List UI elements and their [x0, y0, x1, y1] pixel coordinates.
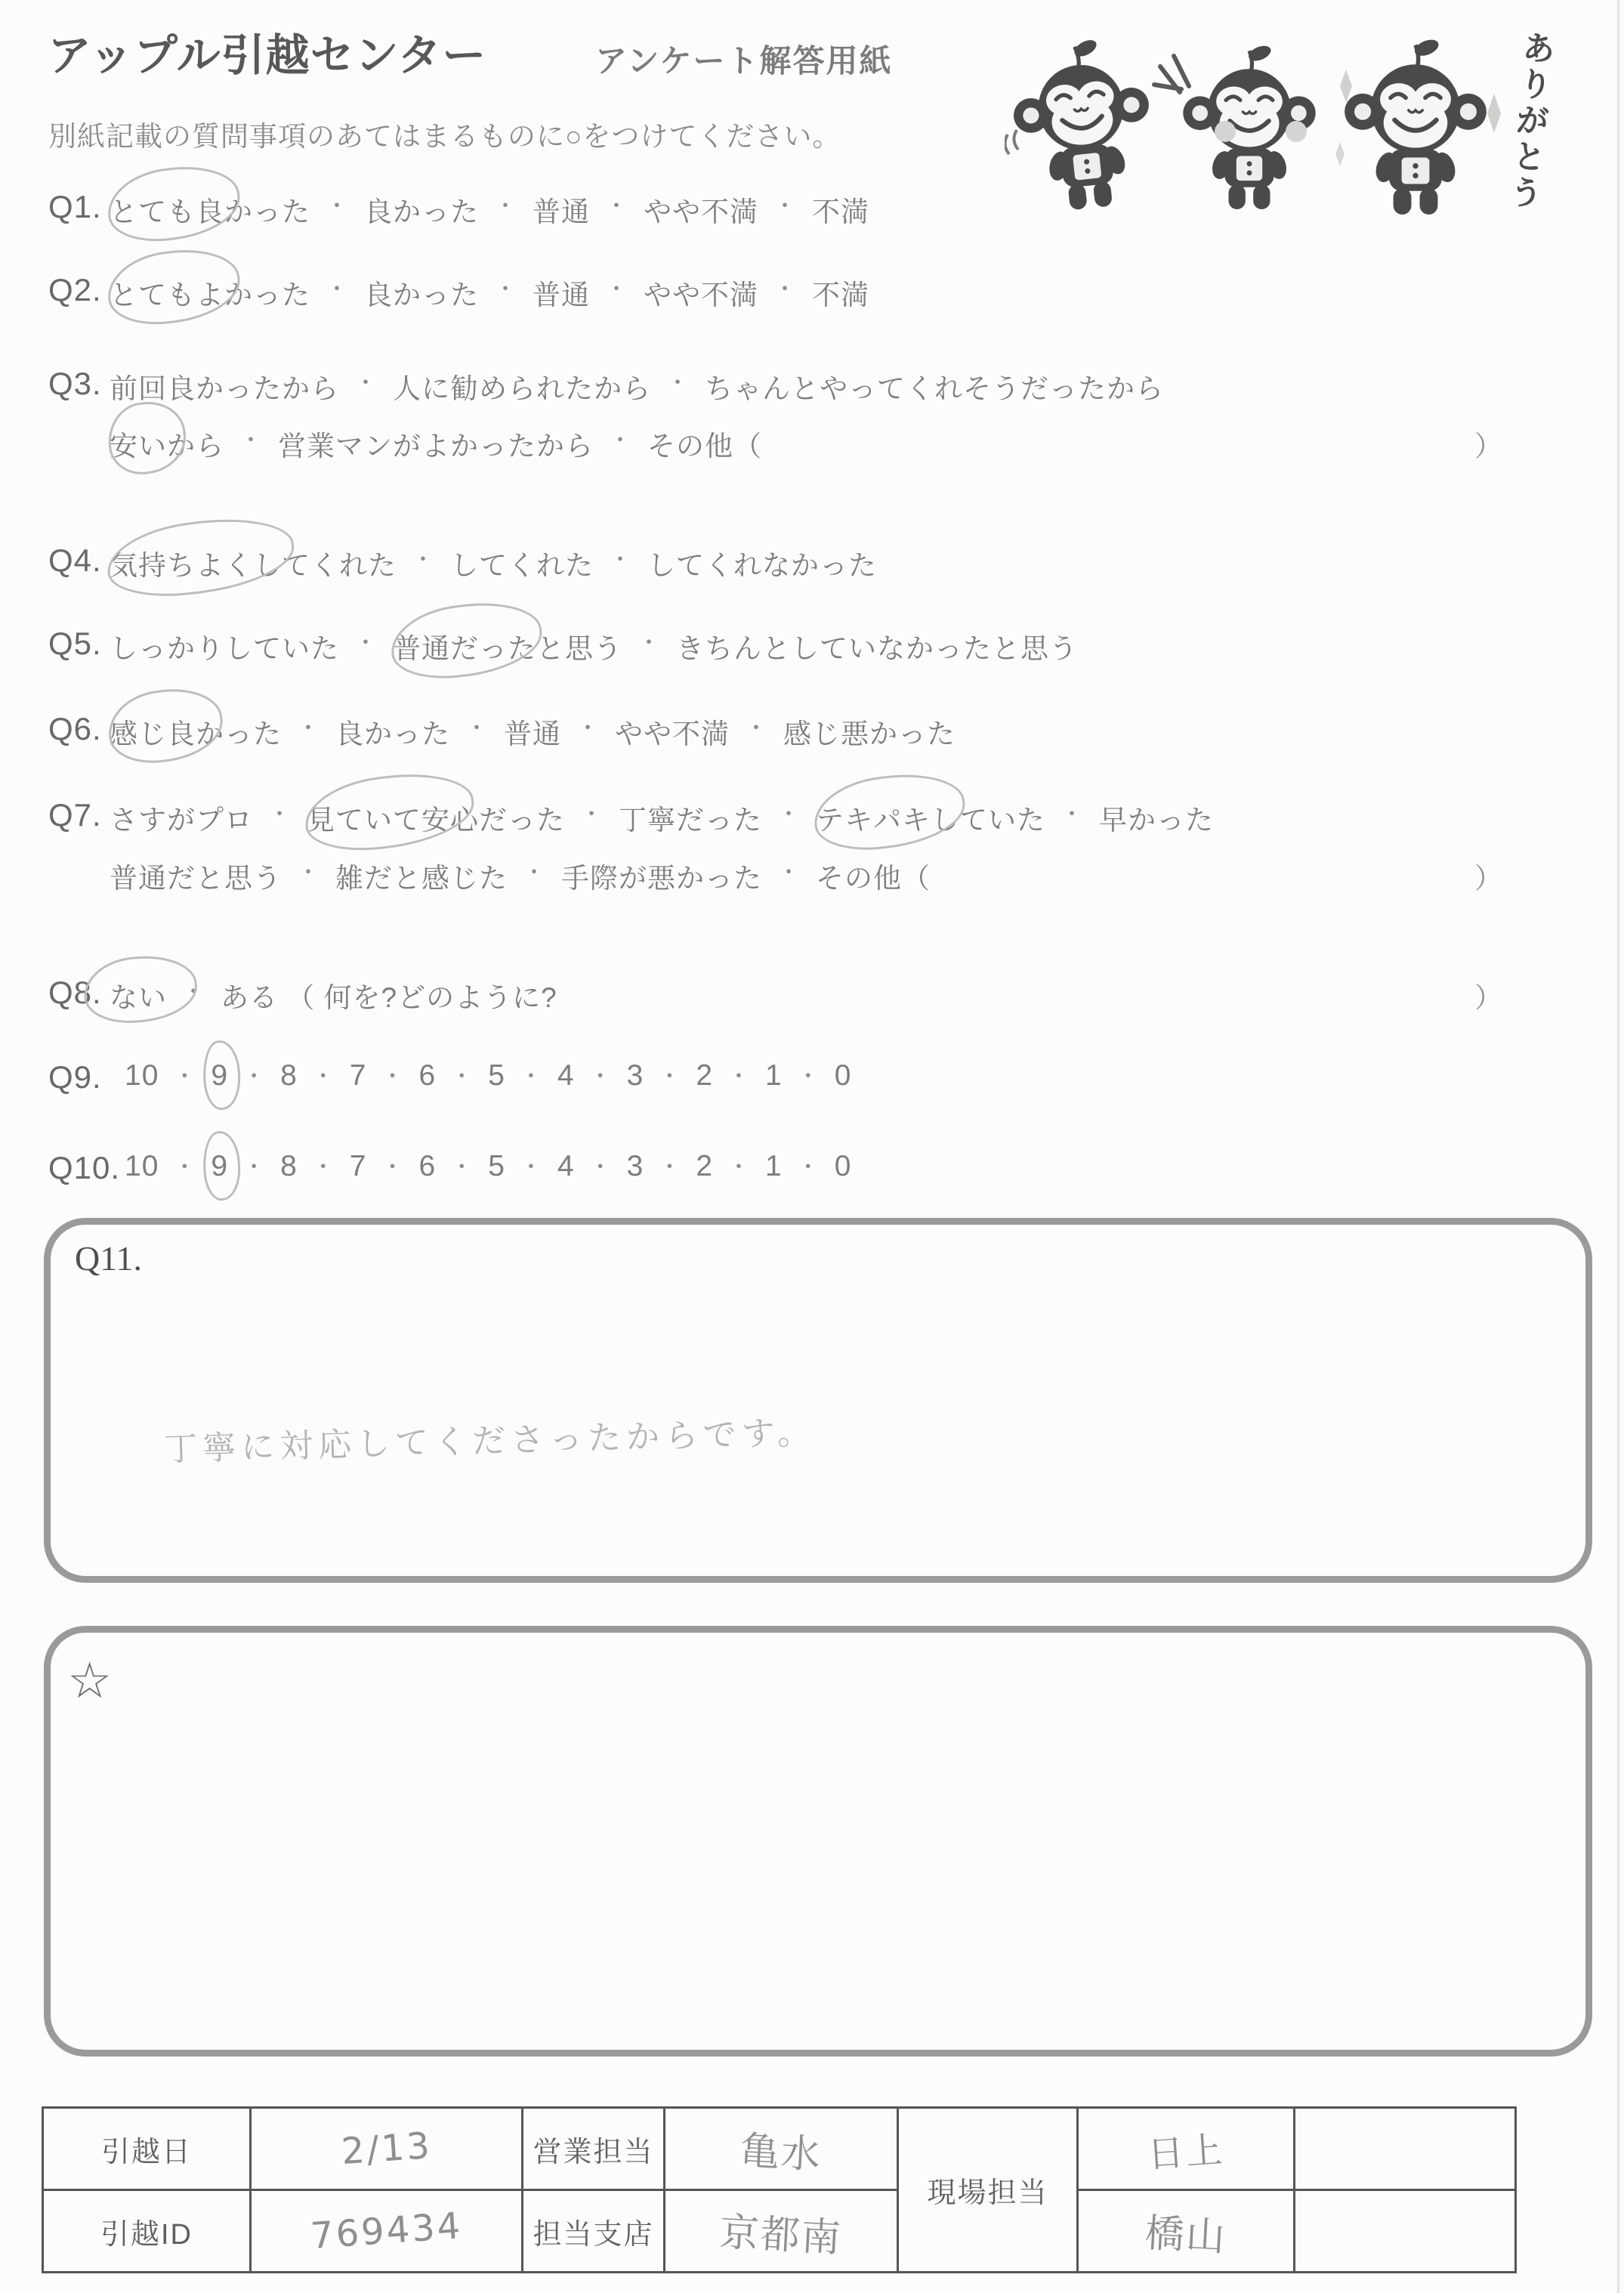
answer-option[interactable]: 人に勧められたから	[393, 366, 651, 406]
blush-left	[1215, 121, 1236, 142]
answer-row: しっかりしていた・普通だったと思う・きちんとしていなかったと思う	[110, 626, 1503, 666]
handwritten-circle	[301, 766, 478, 858]
handwritten-value: 769434	[309, 2205, 464, 2257]
branch-value[interactable]: 京都南	[665, 2190, 898, 2273]
question-number: Q7.	[48, 797, 102, 833]
question-number: Q2.	[48, 272, 102, 308]
sparkle-icon	[1340, 70, 1352, 103]
sparkle-icon	[1487, 94, 1501, 133]
answer-option[interactable]: 普通	[533, 189, 590, 230]
answer-option[interactable]: 9	[211, 1059, 228, 1092]
option-separator-dot: ・	[605, 272, 628, 308]
answer-option[interactable]: 6	[419, 1059, 437, 1092]
option-separator-dot: ・	[605, 189, 628, 225]
option-separator-dot: ・	[494, 272, 517, 308]
free-comment-box[interactable]: ☆	[44, 1626, 1592, 2057]
answer-option[interactable]: テキパキしていた	[816, 797, 1045, 838]
answer-option[interactable]: 3	[627, 1150, 644, 1183]
handwritten-value: 橋山	[1144, 2201, 1228, 2262]
option-separator-dot: ・	[666, 366, 690, 402]
answer-row: 普通だと思う・雑だと感じた・手際が悪かった・その他（）	[110, 855, 1503, 896]
option-separator-dot: ・	[589, 1150, 613, 1186]
answer-option[interactable]: 不満	[812, 189, 869, 230]
handwritten-circle	[810, 767, 969, 857]
option-separator-dot: ・	[173, 1150, 196, 1186]
option-separator-dot: ・	[777, 797, 801, 833]
handwritten-circle	[103, 160, 244, 248]
question-number: Q10.	[48, 1150, 120, 1186]
answer-row: 感じ良かった・良かった・普通・やや不満・感じ悪かった	[110, 711, 1503, 752]
option-separator-dot: ・	[580, 797, 604, 833]
move-date-label: 引越日	[43, 2108, 251, 2190]
answer-option[interactable]: 丁寧だった	[619, 797, 762, 838]
option-separator-dot: ・	[268, 797, 292, 833]
option-separator-dot: ・	[297, 855, 320, 892]
option-separator-dot: ・	[381, 1150, 405, 1186]
question-number: Q1.	[48, 189, 102, 225]
answer-option[interactable]: 4	[557, 1150, 575, 1183]
survey-sheet: アップル引越センター アンケート解答用紙 別紙記載の質問事項のあてはまるものに○…	[0, 0, 1624, 2293]
option-separator-dot: ・	[242, 1150, 266, 1186]
handwritten-circle	[104, 397, 190, 478]
answer-option[interactable]: 営業マンがよかったから	[278, 423, 594, 464]
move-date-value[interactable]: 2/13	[251, 2108, 523, 2190]
answer-option[interactable]: 7	[350, 1059, 367, 1092]
option-separator-dot: ・	[312, 1059, 335, 1096]
answer-option[interactable]: 7	[350, 1150, 367, 1183]
option-separator-dot: ・	[450, 1059, 474, 1096]
answer-option[interactable]: 6	[419, 1150, 437, 1183]
answer-option[interactable]: 前回良かったから	[110, 366, 339, 406]
answer-option[interactable]: 2	[696, 1059, 713, 1092]
answer-option[interactable]: 雑だと感じた	[335, 855, 508, 896]
answer-option[interactable]: 5	[488, 1150, 505, 1183]
answer-option[interactable]: 早かった	[1099, 797, 1214, 838]
answer-blank-close-paren: ）	[1474, 855, 1503, 896]
answer-option[interactable]: 0	[835, 1150, 852, 1183]
answer-option[interactable]: 普通	[504, 711, 561, 752]
answer-option[interactable]: さすがプロ	[110, 797, 253, 838]
table-row: 引越ID 769434 担当支店 京都南 橋山	[43, 2190, 1516, 2273]
footer-table: 引越日 2/13 営業担当 亀水 現場担当 日上 引越ID 769434 担当支…	[42, 2106, 1517, 2273]
option-separator-dot: ・	[520, 1059, 543, 1096]
option-separator-dot: ・	[658, 1150, 681, 1186]
question-number: Q4.	[48, 542, 102, 579]
option-separator-dot: ・	[1061, 797, 1084, 833]
page-title: アップル引越センター	[48, 20, 486, 83]
option-separator-dot: ・	[658, 1059, 681, 1096]
laugh-sparkle-marks	[1154, 56, 1189, 92]
answer-option[interactable]: 8	[280, 1150, 298, 1183]
answer-option[interactable]: ちゃんとやってくれそうだったから	[705, 366, 1164, 406]
answer-option[interactable]: やや不満	[644, 272, 758, 313]
handwritten-value: 亀水	[739, 2118, 823, 2180]
handwritten-circle	[103, 510, 298, 604]
answer-row: とてもよかった・良かった・普通・やや不満・不満	[110, 272, 1503, 313]
answer-option[interactable]: やや不満	[615, 711, 730, 752]
answer-option[interactable]: 不満	[812, 272, 869, 313]
option-separator-dot: ・	[239, 423, 263, 459]
option-separator-dot: ・	[745, 711, 768, 747]
question-number: Q9.	[48, 1059, 102, 1096]
answer-option[interactable]: 普通	[533, 272, 590, 313]
move-id-label: 引越ID	[43, 2190, 251, 2273]
handwritten-circle	[201, 1039, 242, 1111]
answer-option[interactable]: その他（	[647, 423, 762, 464]
answer-option[interactable]: 感じ良かった	[110, 711, 282, 752]
option-separator-dot: ・	[523, 855, 546, 892]
answer-option[interactable]: 5	[488, 1059, 505, 1092]
option-separator-dot: ・	[638, 626, 661, 662]
instruction-text: 別紙記載の質問事項のあてはまるものに○をつけてください。	[48, 113, 841, 154]
answer-option[interactable]: とても良かった	[110, 189, 310, 230]
answer-option[interactable]: 安いから	[110, 423, 224, 464]
question-number: Q3.	[48, 366, 102, 402]
option-separator-dot: ・	[465, 711, 489, 747]
empty-cell[interactable]	[1295, 2190, 1516, 2273]
handwritten-circle	[104, 683, 227, 768]
answer-option[interactable]: 良かった	[364, 272, 479, 313]
motion-lines	[1005, 130, 1018, 154]
option-separator-dot: ・	[450, 1150, 474, 1186]
answer-option[interactable]: 感じ悪かった	[783, 711, 956, 752]
answer-blank-close-paren: ）	[1474, 423, 1503, 464]
option-separator-dot: ・	[312, 1150, 335, 1186]
site-rep-label: 現場担当	[898, 2108, 1078, 2273]
option-separator-dot: ・	[797, 1150, 820, 1186]
answer-option[interactable]: 良かった	[364, 189, 479, 230]
thanks-text: ありがとう	[1497, 29, 1561, 214]
answer-option[interactable]: やや不満	[644, 189, 758, 230]
q11-label: Q11.	[75, 1238, 142, 1278]
answer-option[interactable]: 普通だと思う	[110, 855, 282, 896]
answer-option[interactable]: ある （ 何を?どのように?	[221, 975, 557, 1015]
answer-option[interactable]: 見ていて安心だった	[307, 797, 565, 838]
answer-row: とても良かった・良かった・普通・やや不満・不満	[110, 189, 1503, 230]
option-separator-dot: ・	[354, 626, 378, 662]
option-separator-dot: ・	[797, 1059, 820, 1096]
q11-handwritten-answer: 丁寧に対応してくださったからです。	[163, 1405, 816, 1471]
option-separator-dot: ・	[727, 1150, 751, 1186]
question-number: Q5.	[48, 626, 102, 662]
question-number: Q8.	[48, 975, 102, 1011]
answer-row: 気持ちよくしてくれた・してくれた・してくれなかった	[110, 542, 1503, 583]
answer-option[interactable]: 10	[125, 1059, 159, 1092]
handwritten-value: 2/13	[340, 2125, 433, 2173]
option-separator-dot: ・	[727, 1059, 751, 1096]
handwritten-value: 京都南	[718, 2199, 844, 2262]
answer-option[interactable]: ない	[110, 975, 167, 1015]
answer-option[interactable]: 4	[557, 1059, 575, 1092]
handwritten-circle	[201, 1130, 242, 1201]
option-separator-dot: ・	[354, 366, 378, 402]
sales-rep-value[interactable]: 亀水	[665, 2108, 898, 2190]
answer-option[interactable]: 2	[696, 1150, 713, 1183]
answer-option[interactable]: 0	[835, 1059, 852, 1092]
option-separator-dot: ・	[520, 1150, 543, 1186]
sales-rep-label: 営業担当	[523, 2108, 665, 2190]
option-separator-dot: ・	[773, 272, 797, 308]
answer-option[interactable]: 普通だったと思う	[393, 626, 622, 666]
handwritten-circle	[387, 595, 546, 685]
option-separator-dot: ・	[589, 1059, 613, 1096]
option-separator-dot: ・	[173, 1059, 196, 1096]
answer-option[interactable]: 良かった	[335, 711, 450, 752]
handwritten-circle	[103, 243, 244, 331]
option-separator-dot: ・	[494, 189, 517, 225]
option-separator-dot: ・	[609, 423, 632, 459]
option-separator-dot: ・	[326, 189, 349, 225]
answer-row: 前回良かったから・人に勧められたから・ちゃんとやってくれそうだったから	[110, 366, 1503, 406]
branch-label: 担当支店	[523, 2190, 665, 2273]
option-separator-dot: ・	[412, 542, 435, 579]
move-id-value[interactable]: 769434	[251, 2190, 523, 2273]
option-separator-dot: ・	[777, 855, 801, 892]
answer-option[interactable]: とてもよかった	[110, 272, 310, 313]
answer-option[interactable]: 9	[211, 1150, 228, 1183]
blush-right	[1286, 121, 1307, 142]
answer-option[interactable]: その他（	[816, 855, 931, 896]
option-separator-dot: ・	[297, 711, 320, 747]
star-icon: ☆	[67, 1655, 112, 1705]
empty-cell[interactable]	[1295, 2108, 1516, 2190]
answer-option[interactable]: 気持ちよくしてくれた	[110, 542, 397, 583]
answer-option[interactable]: してくれなかった	[647, 542, 877, 583]
answer-option[interactable]: きちんとしていなかったと思う	[676, 626, 1078, 666]
answer-row: 安いから・営業マンがよかったから・その他（）	[110, 423, 1503, 464]
option-separator-dot: ・	[326, 272, 349, 308]
page-subtitle: アンケート解答用紙	[595, 36, 892, 82]
handwritten-value: 日上	[1146, 2120, 1227, 2177]
answer-blank-close-paren: ）	[1474, 975, 1503, 1015]
option-separator-dot: ・	[576, 711, 600, 747]
site-rep-value-1[interactable]: 日上	[1078, 2108, 1295, 2190]
question-number: Q6.	[48, 711, 102, 747]
answer-option[interactable]: 手際が悪かった	[561, 855, 762, 896]
answer-option[interactable]: しっかりしていた	[110, 626, 339, 666]
answer-option[interactable]: 3	[627, 1059, 644, 1092]
q11-comment-box[interactable]: Q11. 丁寧に対応してくださったからです。	[44, 1218, 1592, 1583]
answer-option[interactable]: 1	[765, 1150, 783, 1183]
option-separator-dot: ・	[773, 189, 797, 225]
answer-row: 10・9・8・7・6・5・4・3・2・1・0	[125, 1059, 1503, 1096]
option-separator-dot: ・	[242, 1059, 266, 1096]
answer-option[interactable]: 10	[125, 1150, 159, 1183]
answer-row: ない・ある （ 何を?どのように?）	[110, 975, 1503, 1015]
table-row: 引越日 2/13 営業担当 亀水 現場担当 日上	[43, 2108, 1516, 2190]
option-separator-dot: ・	[609, 542, 632, 579]
answer-option[interactable]: 1	[765, 1059, 783, 1092]
answer-option[interactable]: 8	[280, 1059, 298, 1092]
answer-row: 10・9・8・7・6・5・4・3・2・1・0	[125, 1150, 1503, 1186]
site-rep-value-2[interactable]: 橋山	[1078, 2190, 1295, 2273]
answer-row: さすがプロ・見ていて安心だった・丁寧だった・テキパキしていた・早かった	[110, 797, 1503, 838]
sparkle-icon	[1335, 142, 1345, 166]
answer-option[interactable]: してくれた	[450, 542, 594, 583]
option-separator-dot: ・	[381, 1059, 405, 1096]
option-separator-dot: ・	[182, 975, 205, 1011]
